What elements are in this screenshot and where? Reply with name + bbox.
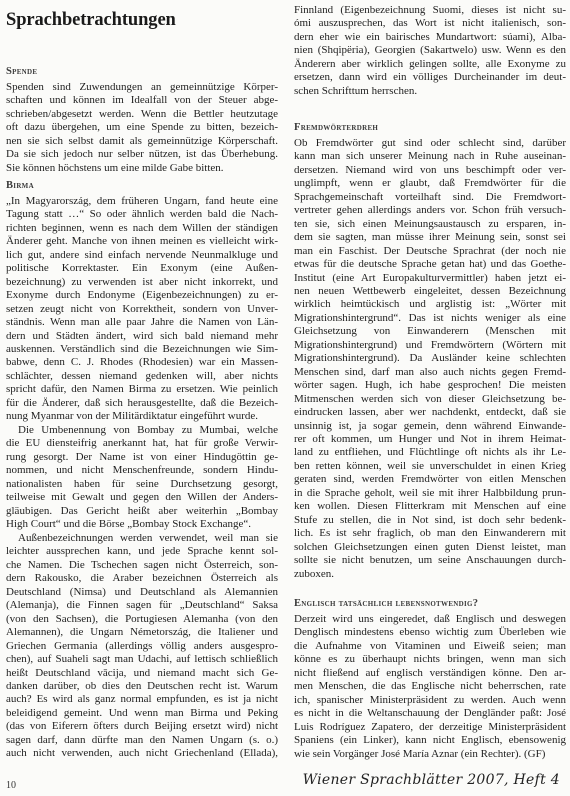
text-line: Derzeit wird uns eingeredet, daß Englisc… [294, 613, 566, 626]
text-line: Deutschland (Nimsa) und Deutschland als … [6, 586, 278, 599]
text-line: land zu entfliehen, und Flüchtlinge oft … [294, 446, 566, 459]
text-line: auch nicht verwenden, auch nicht Grieche… [6, 747, 278, 760]
text-line: geraten sind, werden Fremdwörter von eit… [294, 473, 566, 486]
text-line: ten sie, sich einen Meinungsaustausch zu… [294, 218, 566, 231]
text-line: (Alemanja), die Finnen sagen für „Deutsc… [6, 599, 278, 612]
text-line: Menschen sind, darf man also auch nichts… [294, 366, 566, 379]
text-line: könne es zu überhaupt nichts bringen, we… [294, 653, 566, 666]
text-line: ken wollen. Diesen Flitterkram mit Mensc… [294, 500, 566, 513]
text-line: nommen, und nicht Menschenfreunde, sonde… [6, 464, 278, 477]
paragraph-englisch: Derzeit wird uns eingeredet, daß Englisc… [294, 613, 566, 761]
text-line: ómi auszusprechen, das Wort ist nicht it… [294, 17, 566, 30]
page-number: 10 [6, 780, 16, 791]
text-line: dern eher wie ein bairisches Mundartwort… [294, 31, 566, 44]
text-line: Gleichsetzung von Einwanderern (Menschen… [294, 325, 566, 338]
text-line: richten beginnen, wenn es nach dem Wille… [6, 222, 278, 235]
section-heading-fremdwoerterdreh: Fremdwörterdreh [294, 122, 378, 133]
section-heading-birma: Birma [6, 180, 34, 191]
journal-footer: Wiener Sprachblätter 2007, Heft 4 [303, 772, 560, 788]
text-line: bezeichnung) zu verwenden ist aber nicht… [6, 276, 278, 289]
text-line: ben retten können, weil sie unverschulde… [294, 460, 566, 473]
text-line: setzen zeugt nicht von Korrektheit, sond… [6, 303, 278, 316]
text-line: Ob Fremdwörter gut sind oder schlecht si… [294, 137, 566, 150]
text-line: ersetzen, dann wird ein völliges Durchei… [294, 71, 566, 84]
text-line: eindrucken lassen, aber wer nachdenkt, e… [294, 406, 566, 419]
text-line: „In Magyarország, dem früheren Ungarn, f… [6, 195, 278, 208]
text-line: gläubigen. Das Gericht heißt aber weiter… [6, 505, 278, 518]
paragraph-spende: Spenden sind Zuwendungen an gemeinnützig… [6, 81, 278, 175]
text-line: man ein Faschist. Der Deutsche Sprachrat… [294, 245, 566, 258]
document-page: Sprachbetrachtungen Spende Spenden sind … [6, 0, 564, 796]
text-line: ich, spanischer Ministerpräsident zu wer… [294, 694, 566, 707]
text-line: Die Umbenennung von Bombay zu Mumbai, we… [6, 424, 278, 437]
paragraph-birma-3: Außenbezeichnungen werden verwendet, wei… [6, 532, 278, 761]
text-line: babwe, denn C. J. Rhodes (Rhodesien) war… [6, 356, 278, 369]
text-line: Stufe zu stellen, die in Not sind, ist d… [294, 514, 566, 527]
text-line: Migrationshintergrund) und Fremdwörtern … [294, 339, 566, 352]
text-line: Tagung statt …“ So oder ähnlich werden b… [6, 208, 278, 221]
text-line: nicht fließend auf englisch verständigen… [294, 667, 566, 680]
text-line: nen sie sich selbst damit als gemeinnütz… [6, 135, 278, 148]
text-line: Migrationshintergrund“. Das ist nichts w… [294, 312, 566, 325]
text-line: sollte sie nicht benutzen, um seine Ansc… [294, 554, 566, 567]
text-line: Finnland (Eigenbezeichnung Suomi, dieses… [294, 4, 566, 17]
text-line: nationalisten haben für seine Durchsetzu… [6, 478, 278, 491]
text-line: Spaniens (ein Linker), kann nicht Englis… [294, 734, 566, 747]
text-line: Da sie sich jedoch nur selber nützen, is… [6, 148, 278, 161]
text-line: lich gut, andere sind einfach nervende N… [6, 249, 278, 262]
text-line: dern Rakousko, die Araber bezeichnen Öst… [6, 572, 278, 585]
text-line: auskennen. Verständlich sind die Bezeich… [6, 343, 278, 356]
section-heading-spende: Spende [6, 66, 37, 77]
text-line: men Menschen, die das Englische nicht be… [294, 680, 566, 693]
text-line: zuboxen. [294, 568, 566, 581]
text-line: Änderer geht. Manche von ihnen meinen es… [6, 235, 278, 248]
text-line: leichter aussprechen kann, und jede Spra… [6, 545, 278, 558]
text-line: Luis Rodríguez Zapatero, der derzeitige … [294, 721, 566, 734]
text-line: unsinnig ist, ja sogar gemein, denn währ… [294, 420, 566, 433]
text-line: beleidigend gemeint. Und wenn man Birma … [6, 707, 278, 720]
text-line: (das von Eiferern öfters durch Beijing e… [6, 720, 278, 733]
text-line: dersetzen. Niemand wird von uns beschimp… [294, 164, 566, 177]
text-line: nen neuen Wettbewerb eingeleitet, dessen… [294, 285, 566, 298]
text-line: sagen darf, dann dürfte man den Namen Un… [6, 734, 278, 747]
text-line: schaften und können im Idealfall von der… [6, 94, 278, 107]
text-line: solchen Gleichsetzungen einen guten Dien… [294, 541, 566, 554]
text-line: nien (Shqipëria), Georgien (Sakartwelo) … [294, 44, 566, 57]
text-line: schen Schrifttum herrschen. [294, 85, 566, 98]
text-line: Mitmenschen werden sich von dieser Gleic… [294, 393, 566, 406]
text-line: che Namen. Die Tschechen sagen nicht Öst… [6, 559, 278, 572]
text-line: politische Korrektaster. Ein Exonym (ein… [6, 262, 278, 275]
text-line: schlächter, dessen niemand gedenken will… [6, 370, 278, 383]
text-line: kann man sich unserer Meinung nach in Ru… [294, 150, 566, 163]
text-line: danken darüber, ob dies den Deutschen re… [6, 680, 278, 693]
text-line: schrieben/abgesetzt werden. Wenn die Bet… [6, 108, 278, 121]
text-line: Griechen Germania (allerdings völlig and… [6, 640, 278, 653]
text-line: Migrationshintergrund). Da Ausländer kei… [294, 352, 566, 365]
text-line: rung gesorgt. Der Name ist von einer Hin… [6, 451, 278, 464]
text-line: wirklich heimtückisch und arglistig ist:… [294, 298, 566, 311]
text-line: Sie können höchstens um eine milde Gabe … [6, 162, 278, 175]
text-line: es nicht in die Weltanschauung der Dengl… [294, 707, 566, 720]
text-line: lich. Es ist sehr fraglich, ob man den E… [294, 527, 566, 540]
text-line: Denglisch mindestens ebenso wichtig zum … [294, 626, 566, 639]
text-line: vertreter gehen allerdings anders vor. S… [294, 204, 566, 217]
text-line: wörter sagen. Hugh, ich habe gesprochen!… [294, 379, 566, 392]
text-line: dern und Städten ändert, wird sich bald … [6, 330, 278, 343]
text-line: spricht dafür, den Namen Birma zu ersetz… [6, 383, 278, 396]
text-line: Außenbezeichnungen werden verwendet, wei… [6, 532, 278, 545]
text-line: heißt Deutschland vācija, und niemand ma… [6, 667, 278, 680]
text-line: Institut (eine Art Europakulturvermittle… [294, 272, 566, 285]
text-line: ständnis. Wenn man alle paar Jahre die N… [6, 316, 278, 329]
text-line: High Court“ und die Börse „Bombay Stock … [6, 518, 278, 531]
text-line: die EU diensteifrig anerkannt hat, hat f… [6, 437, 278, 450]
paragraph-birma-1: „In Magyarország, dem früheren Ungarn, f… [6, 195, 278, 424]
paragraph-birma-2: Die Umbenennung von Bombay zu Mumbai, we… [6, 424, 278, 532]
text-line: in die Sprache geholt, weil sie mit ihre… [294, 487, 566, 500]
text-line: (von den Sachsen), die Portugiesen Alema… [6, 613, 278, 626]
paragraph-fremdwoerterdreh: Ob Fremdwörter gut sind oder schlecht si… [294, 137, 566, 581]
text-line: Exonyme durch Endonyme (Eigenbezeichnung… [6, 289, 278, 302]
text-line: die Aufnahme von Vitaminen und Eiweiß se… [294, 640, 566, 653]
text-line: Änderern aber wirklich gelingen sollte, … [294, 58, 566, 71]
text-line: teilweise mit Gewalt und gegen den Wille… [6, 491, 278, 504]
text-line: Sprachgemeinschaft vorteilhaft sind. Die… [294, 191, 566, 204]
text-line: Spenden sind Zuwendungen an gemeinnützig… [6, 81, 278, 94]
text-line: für die Änderer, daß sich herausgestellt… [6, 397, 278, 410]
text-line: dem sie sagten, man müsse ihrer Meinung … [294, 231, 566, 244]
text-line: etwas für die deutsche Sprache getan hat… [294, 258, 566, 271]
text-line: nung Myanmar von der Militärdiktatur ein… [6, 410, 278, 423]
text-line: Alemannen), die Ungarn Németország, die … [6, 626, 278, 639]
text-line: auch? Es wird als ganz normal empfunden,… [6, 693, 278, 706]
text-line: rer oft kommen, um Hunger und Not in ihr… [294, 433, 566, 446]
paragraph-birma-continuation: Finnland (Eigenbezeichnung Suomi, dieses… [294, 4, 566, 98]
page-title: Sprachbetrachtungen [6, 10, 176, 31]
text-line: oft dazu übergehen, um eine Spende zu bi… [6, 121, 278, 134]
section-heading-englisch: Englisch tatsächlich lebensnotwendig? [294, 598, 478, 609]
text-line: unglimpft, wenn er glaubt, daß Fremdwört… [294, 177, 566, 190]
text-line: chen), auf Suaheli sagt man Udachi, auf … [6, 653, 278, 666]
text-line: wie sein Vorgänger José María Aznar (ein… [294, 748, 566, 761]
